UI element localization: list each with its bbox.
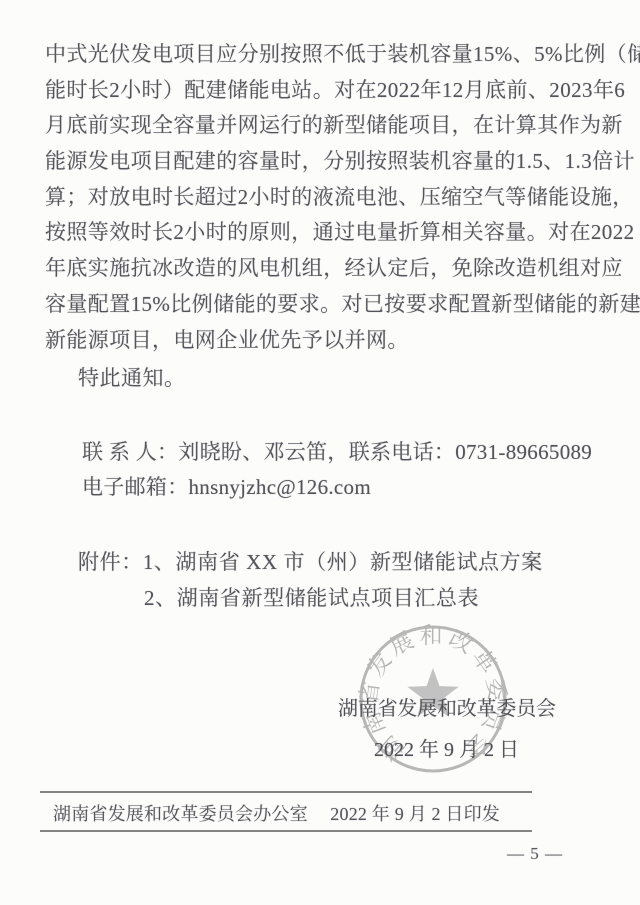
body-line: 能源发电项目配建的容量时，分别按照装机容量的1.5、1.3倍计 <box>45 144 605 180</box>
attachment-row: 附件：1、湖南省 XX 市（州）新型储能试点方案 <box>78 545 578 581</box>
body-line: 容量配置15%比例储能的要求。对已按要求配置新型储能的新建 <box>45 287 605 323</box>
attachment-row: 2、湖南省新型储能试点项目汇总表 <box>144 581 578 617</box>
body-paragraph: 中式光伏发电项目应分别按照不低于装机容量15%、5%比例（储 能时长2小时）配建… <box>45 37 605 358</box>
closing-line: 特此通知。 <box>78 360 186 396</box>
footer-rule-bottom <box>40 830 532 832</box>
attachments-block: 附件：1、湖南省 XX 市（州）新型储能试点方案 2、湖南省新型储能试点项目汇总… <box>78 545 578 616</box>
attachment-item: 1、湖南省 XX 市（州）新型储能试点方案 <box>143 550 543 574</box>
footer-rule-top <box>40 791 532 793</box>
document-page: 湖南省发展和改革委员会 中式光伏发电项目应分别按照不低于装机容量15%、5%比例… <box>0 0 640 905</box>
footer-imprint: 湖南省发展和改革委员会办公室 2022 年 9 月 2 日印发 <box>53 800 500 826</box>
issue-date: 2022 年 9 月 2 日 <box>374 733 516 762</box>
contact-block: 联 系 人：刘晓盼、邓云笛，联系电话：0731-89665089 电子邮箱：hn… <box>82 435 552 504</box>
body-line: 月底前实现全容量并网运行的新型储能项目，在计算其作为新 <box>45 108 605 144</box>
page-number: — 5 — <box>500 844 570 864</box>
attachments-label: 附件： <box>78 550 143 574</box>
attachment-item: 2、湖南省新型储能试点项目汇总表 <box>144 586 479 610</box>
contact-email-line: 电子邮箱：hnsnyjzhc@126.com <box>82 470 552 505</box>
body-line: 中式光伏发电项目应分别按照不低于装机容量15%、5%比例（储 <box>45 37 605 73</box>
issuer-signature: 湖南省发展和改革委员会 <box>338 692 558 721</box>
body-line: 算；对放电时长超过2小时的液流电池、压缩空气等储能设施， <box>45 180 605 216</box>
body-line: 年底实施抗冰改造的风电机组，经认定后，免除改造机组对应 <box>45 251 605 287</box>
body-line: 按照等效时长2小时的原则，通过电量折算相关容量。对在2022 <box>45 215 605 251</box>
body-line: 能时长2小时）配建储能电站。对在2022年12月底前、2023年6 <box>45 73 605 109</box>
body-line: 新能源项目，电网企业优先予以并网。 <box>45 323 605 359</box>
footer-print-date: 2022 年 9 月 2 日印发 <box>330 800 500 826</box>
footer-office: 湖南省发展和改革委员会办公室 <box>53 800 308 826</box>
contact-person-line: 联 系 人：刘晓盼、邓云笛，联系电话：0731-89665089 <box>82 435 552 470</box>
